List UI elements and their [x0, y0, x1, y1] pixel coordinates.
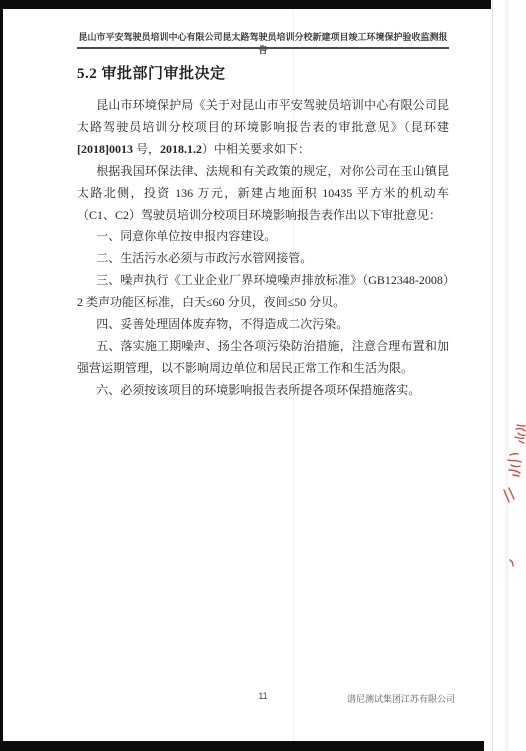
approval-item-5: 五、落实施工期噪声、扬尘各项污染防治措施，注意合理布置和加强营运期管理，以不影响…: [77, 336, 449, 380]
intro-lead: 昆山市环境保护局《关于对昆山市平安驾驶员培训中心有限公司昆太路驾驶员培训分校项目…: [77, 98, 449, 134]
intro-paragraph: 昆山市环境保护局《关于对昆山市平安驾驶员培训中心有限公司昆太路驾驶员培训分校项目…: [77, 95, 449, 161]
footer-company: 谱尼测试集团江苏有限公司: [347, 692, 455, 705]
scan-border-top: [0, 0, 491, 9]
intro-mid: 号，: [133, 142, 160, 156]
red-stroke: [510, 560, 513, 566]
running-header: 昆山市平安驾驶员培训中心有限公司昆太路驾驶员培训分校新建项目竣工环境保护验收监测…: [77, 31, 449, 57]
approval-item-6: 六、必须按该项目的环境影响报告表所提各项环保措施落实。: [77, 380, 449, 402]
red-stroke: [515, 425, 525, 443]
intro-tail: ）中相关要求如下：: [202, 142, 310, 156]
section-heading: 5.2 审批部门审批决定: [77, 62, 226, 83]
scanned-document-page: { "document": { "running_header": "昆山市平安…: [0, 0, 526, 751]
scan-border-bottom: [0, 741, 484, 751]
red-stroke: [508, 454, 521, 476]
approval-item-1: 一、同意你单位按申报内容建设。: [77, 226, 449, 248]
page-right-edge-line: [492, 0, 493, 751]
approval-doc-number: [2018]0013: [77, 142, 133, 156]
basis-paragraph: 根据我国环保法律、法规和有关政策的规定，对你公司在玉山镇昆太路北侧，投资 136…: [77, 161, 449, 227]
scan-streak: [505, 0, 509, 751]
approval-item-3: 三、噪声执行《工业企业厂界环境噪声排放标准》（GB12348-2008）2 类声…: [77, 270, 449, 314]
body-text: 昆山市环境保护局《关于对昆山市平安驾驶员培训中心有限公司昆太路驾驶员培训分校项目…: [77, 95, 449, 402]
approval-item-2: 二、生活污水必须与市政污水管网接管。: [77, 248, 449, 270]
handwritten-red-marks: [496, 412, 526, 572]
approval-item-4: 四、妥善处理固体废弃物，不得造成二次污染。: [77, 314, 449, 336]
scan-border-left: [0, 0, 3, 751]
approval-date: 2018.1.2: [160, 142, 202, 156]
red-stroke: [504, 488, 514, 502]
header-rule: [77, 47, 449, 49]
